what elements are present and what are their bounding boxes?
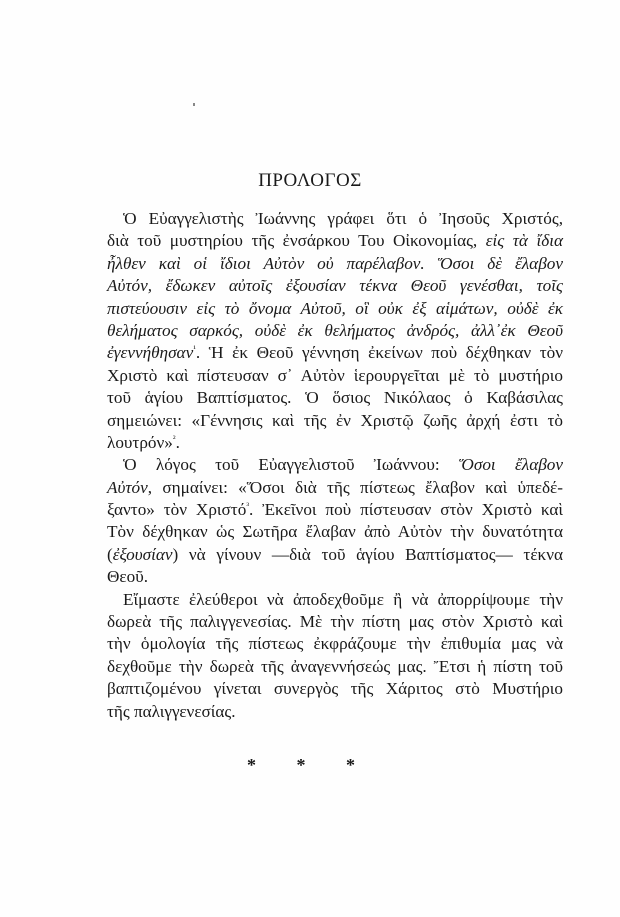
text-line: διὰ τοῦ μυστηρίου τῆς ἐνσάρκου Του Οἰκον… (107, 230, 563, 252)
text-segment: ) νὰ γίνουν —διὰ τοῦ ἁγίου Βαπτίσματος— … (173, 545, 563, 564)
text-line: λουτρόν»². (107, 432, 563, 454)
text-line: Ὁ λόγος τοῦ Εὐαγγελιστοῦ Ἰωάννου: Ὅσοι ἔ… (107, 454, 563, 476)
text-line: τοῦ ἁγίου Βαπτίσματος. Ὁ ὅσιος Νικόλαος … (107, 387, 563, 409)
text-segment: Τὸν δέχθηκαν ὡς Σωτῆρα ἔλαβαν ἀπὸ Αὐτὸν … (107, 522, 563, 541)
text-segment: διὰ τοῦ μυστηρίου τῆς ἐνσάρκου Του Οἰκον… (107, 231, 486, 250)
text-line: δωρεὰ τῆς παλιγγενεσίας. Μὲ τὴν πίστη μα… (107, 611, 563, 633)
text-segment: . Ἡ ἐκ Θεοῦ γέννηση ἐκείνων ποὺ δέχθηκαν… (196, 343, 563, 362)
text-line: ξαντο» τὸν Χριστό³. Ἐκεῖνοι ποὺ πίστευσα… (107, 499, 563, 521)
text-line: Αὐτόν, ἔδωκεν αὐτοῖς ἐξουσίαν τέκνα Θεοῦ… (107, 275, 563, 297)
text-segment: ἐγεννήθησαν (107, 343, 193, 362)
text-line: Αὐτόν, σημαίνει: «Ὅσοι διὰ τῆς πίστεως ἔ… (107, 477, 563, 499)
text-segment: σημειώνει: «Γέννησις καὶ τῆς ἐν Χριστῷ ζ… (107, 411, 563, 430)
text-segment: Αὐτόν (107, 478, 148, 497)
text-segment: ἐξουσίαν (113, 545, 173, 564)
text-line: δεχθοῦμε τὴν δωρεὰ τῆς ἀναγεννήσεώς μας.… (107, 656, 563, 678)
page-title: ΠΡΟΛΟΓΟΣ (0, 170, 620, 192)
text-segment: Εἴμαστε ἐλεύθεροι νὰ ἀποδεχθοῦμε ἢ νὰ ἀπ… (123, 590, 563, 609)
text-segment: ἦλθεν καὶ οἱ ἴδιοι Αὐτὸν οὐ παρέλαβον. Ὅ… (107, 254, 563, 273)
text-segment: Ὁ λόγος τοῦ Εὐαγγελιστοῦ Ἰωάννου: (123, 455, 459, 474)
section-separator: * * * (0, 755, 620, 776)
text-segment: Αὐτόν, ἔδωκεν αὐτοῖς ἐξουσίαν τέκνα Θεοῦ… (107, 276, 563, 295)
text-line: τῆς παλιγγενεσίας. (107, 701, 563, 723)
text-segment: πιστεύουσιν εἰς τὸ ὄνομα Αὐτοῦ, οἳ οὐκ ἐ… (107, 299, 563, 318)
text-line: βαπτιζομένου γίνεται συνεργὸς τῆς Χάριτο… (107, 678, 563, 700)
text-line: Χριστὸ καὶ πίστευσαν σ᾿ Αὐτὸν ἱερουργεῖτ… (107, 365, 563, 387)
text-line: τὴν ὁμολογία τῆς πίστεως ἐκφράζουμε τὴν … (107, 633, 563, 655)
text-line: θελήματος σαρκός, οὐδὲ ἐκ θελήματος ἀνδρ… (107, 320, 563, 342)
text-line: σημειώνει: «Γέννησις καὶ τῆς ἐν Χριστῷ ζ… (107, 410, 563, 432)
text-line: Θεοῦ. (107, 566, 563, 588)
text-segment: Θεοῦ. (107, 567, 148, 586)
text-segment: Χριστὸ καὶ πίστευσαν σ᾿ Αὐτὸν ἱερουργεῖτ… (107, 366, 563, 385)
book-page: ΠΡΟΛΟΓΟΣ Ὁ Εὐαγγελιστὴς Ἰωάννης γράφει ὅ… (0, 0, 620, 917)
text-segment: . (176, 433, 180, 452)
text-segment: δεχθοῦμε τὴν δωρεὰ τῆς ἀναγεννήσεώς μας.… (107, 657, 563, 676)
text-line: ἐγεννήθησαν¹. Ἡ ἐκ Θεοῦ γέννηση ἐκείνων … (107, 342, 563, 364)
text-segment: λουτρόν» (107, 433, 173, 452)
text-segment: βαπτιζομένου γίνεται συνεργὸς τῆς Χάριτο… (107, 679, 563, 698)
text-segment: θελήματος σαρκός, οὐδὲ ἐκ θελήματος ἀνδρ… (107, 321, 563, 340)
body-text: Ὁ Εὐαγγελιστὴς Ἰωάννης γράφει ὅτι ὁ Ἰησο… (107, 208, 563, 723)
text-line: Εἴμαστε ἐλεύθεροι νὰ ἀποδεχθοῦμε ἢ νὰ ἀπ… (107, 589, 563, 611)
text-segment: τὴν ὁμολογία τῆς πίστεως ἐκφράζουμε τὴν … (107, 634, 563, 653)
text-line: πιστεύουσιν εἰς τὸ ὄνομα Αὐτοῦ, οἳ οὐκ ἐ… (107, 298, 563, 320)
text-line: Ὁ Εὐαγγελιστὴς Ἰωάννης γράφει ὅτι ὁ Ἰησο… (107, 208, 563, 230)
text-segment: τοῦ ἁγίου Βαπτίσματος. Ὁ ὅσιος Νικόλαος … (107, 388, 563, 407)
text-segment: τῆς παλιγγενεσίας. (107, 702, 236, 721)
text-segment: Ὅσοι ἔλαβον (459, 455, 563, 474)
text-segment: , σημαίνει: «Ὅσοι διὰ τῆς πίστεως ἔλαβον… (148, 478, 563, 497)
scan-speck (193, 103, 195, 106)
text-segment: Ὁ Εὐαγγελιστὴς Ἰωάννης γράφει ὅτι ὁ Ἰησο… (123, 209, 563, 228)
text-segment: εἰς τὰ ἴδια (486, 231, 563, 250)
text-segment: ξαντο» τὸν Χριστό (107, 500, 246, 519)
text-line: (ἐξουσίαν) νὰ γίνουν —διὰ τοῦ ἁγίου Βαπτ… (107, 544, 563, 566)
text-line: ἦλθεν καὶ οἱ ἴδιοι Αὐτὸν οὐ παρέλαβον. Ὅ… (107, 253, 563, 275)
text-segment: δωρεὰ τῆς παλιγγενεσίας. Μὲ τὴν πίστη μα… (107, 612, 563, 631)
text-line: Τὸν δέχθηκαν ὡς Σωτῆρα ἔλαβαν ἀπὸ Αὐτὸν … (107, 521, 563, 543)
text-segment: . Ἐκεῖνοι ποὺ πίστευσαν στὸν Χριστὸ καὶ (249, 500, 563, 519)
